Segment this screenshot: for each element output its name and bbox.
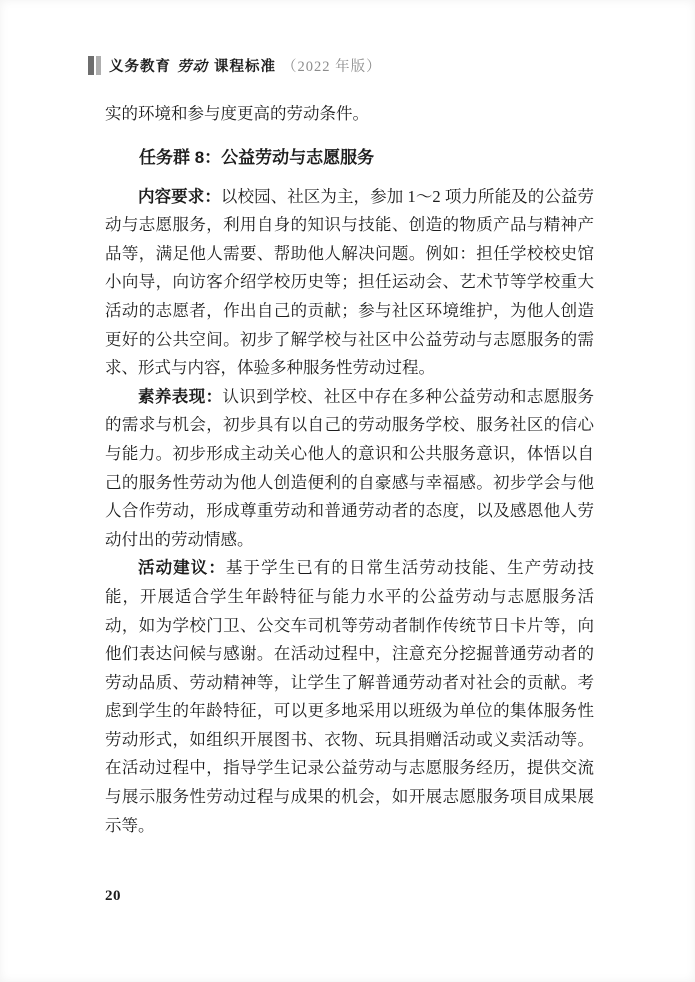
paragraph-competency-performance: 素养表现：认识到学校、社区中存在多种公益劳动和志愿服务的需求与机会，初步具有以自…	[105, 383, 594, 555]
header-title: 义务教育	[109, 55, 171, 76]
carryover-line: 实的环境和参与度更高的劳动条件。	[105, 100, 594, 129]
header-title-rest: 课程标准	[214, 55, 276, 76]
paragraph-content-requirements: 内容要求：以校园、社区为主，参加 1～2 项力所能及的公益劳动与志愿服务，利用自…	[105, 183, 594, 383]
page-number: 20	[105, 888, 121, 905]
text-column: 实的环境和参与度更高的劳动条件。 任务群 8：公益劳动与志愿服务 内容要求：以校…	[105, 100, 594, 840]
paragraph-label: 活动建议：	[138, 559, 226, 577]
running-head: 义务教育 劳动 课程标准 （2022 年版）	[88, 55, 382, 76]
paragraph-text: 以校园、社区为主，参加 1～2 项力所能及的公益劳动与志愿服务，利用自身的知识与…	[105, 187, 594, 378]
header-subject: 劳动	[177, 55, 208, 76]
header-bar-dark-icon	[88, 56, 94, 75]
paragraph-text: 基于学生已有的日常生活劳动技能、生产劳动技能，开展适合学生年龄特征与能力水平的公…	[105, 558, 594, 834]
paragraph-label: 素养表现：	[138, 388, 223, 406]
header-edition: （2022 年版）	[282, 55, 382, 76]
paragraph-label: 内容要求：	[138, 188, 221, 206]
paragraph-activity-suggestions: 活动建议：基于学生已有的日常生活劳动技能、生产劳动技能，开展适合学生年龄特征与能…	[105, 554, 594, 840]
paragraph-text: 认识到学校、社区中存在多种公益劳动和志愿服务的需求与机会，初步具有以自己的劳动服…	[105, 387, 594, 549]
section-heading: 任务群 8：公益劳动与志愿服务	[105, 146, 594, 170]
document-page: 义务教育 劳动 课程标准 （2022 年版） 实的环境和参与度更高的劳动条件。 …	[0, 0, 695, 982]
header-bar-light-icon	[96, 56, 101, 75]
